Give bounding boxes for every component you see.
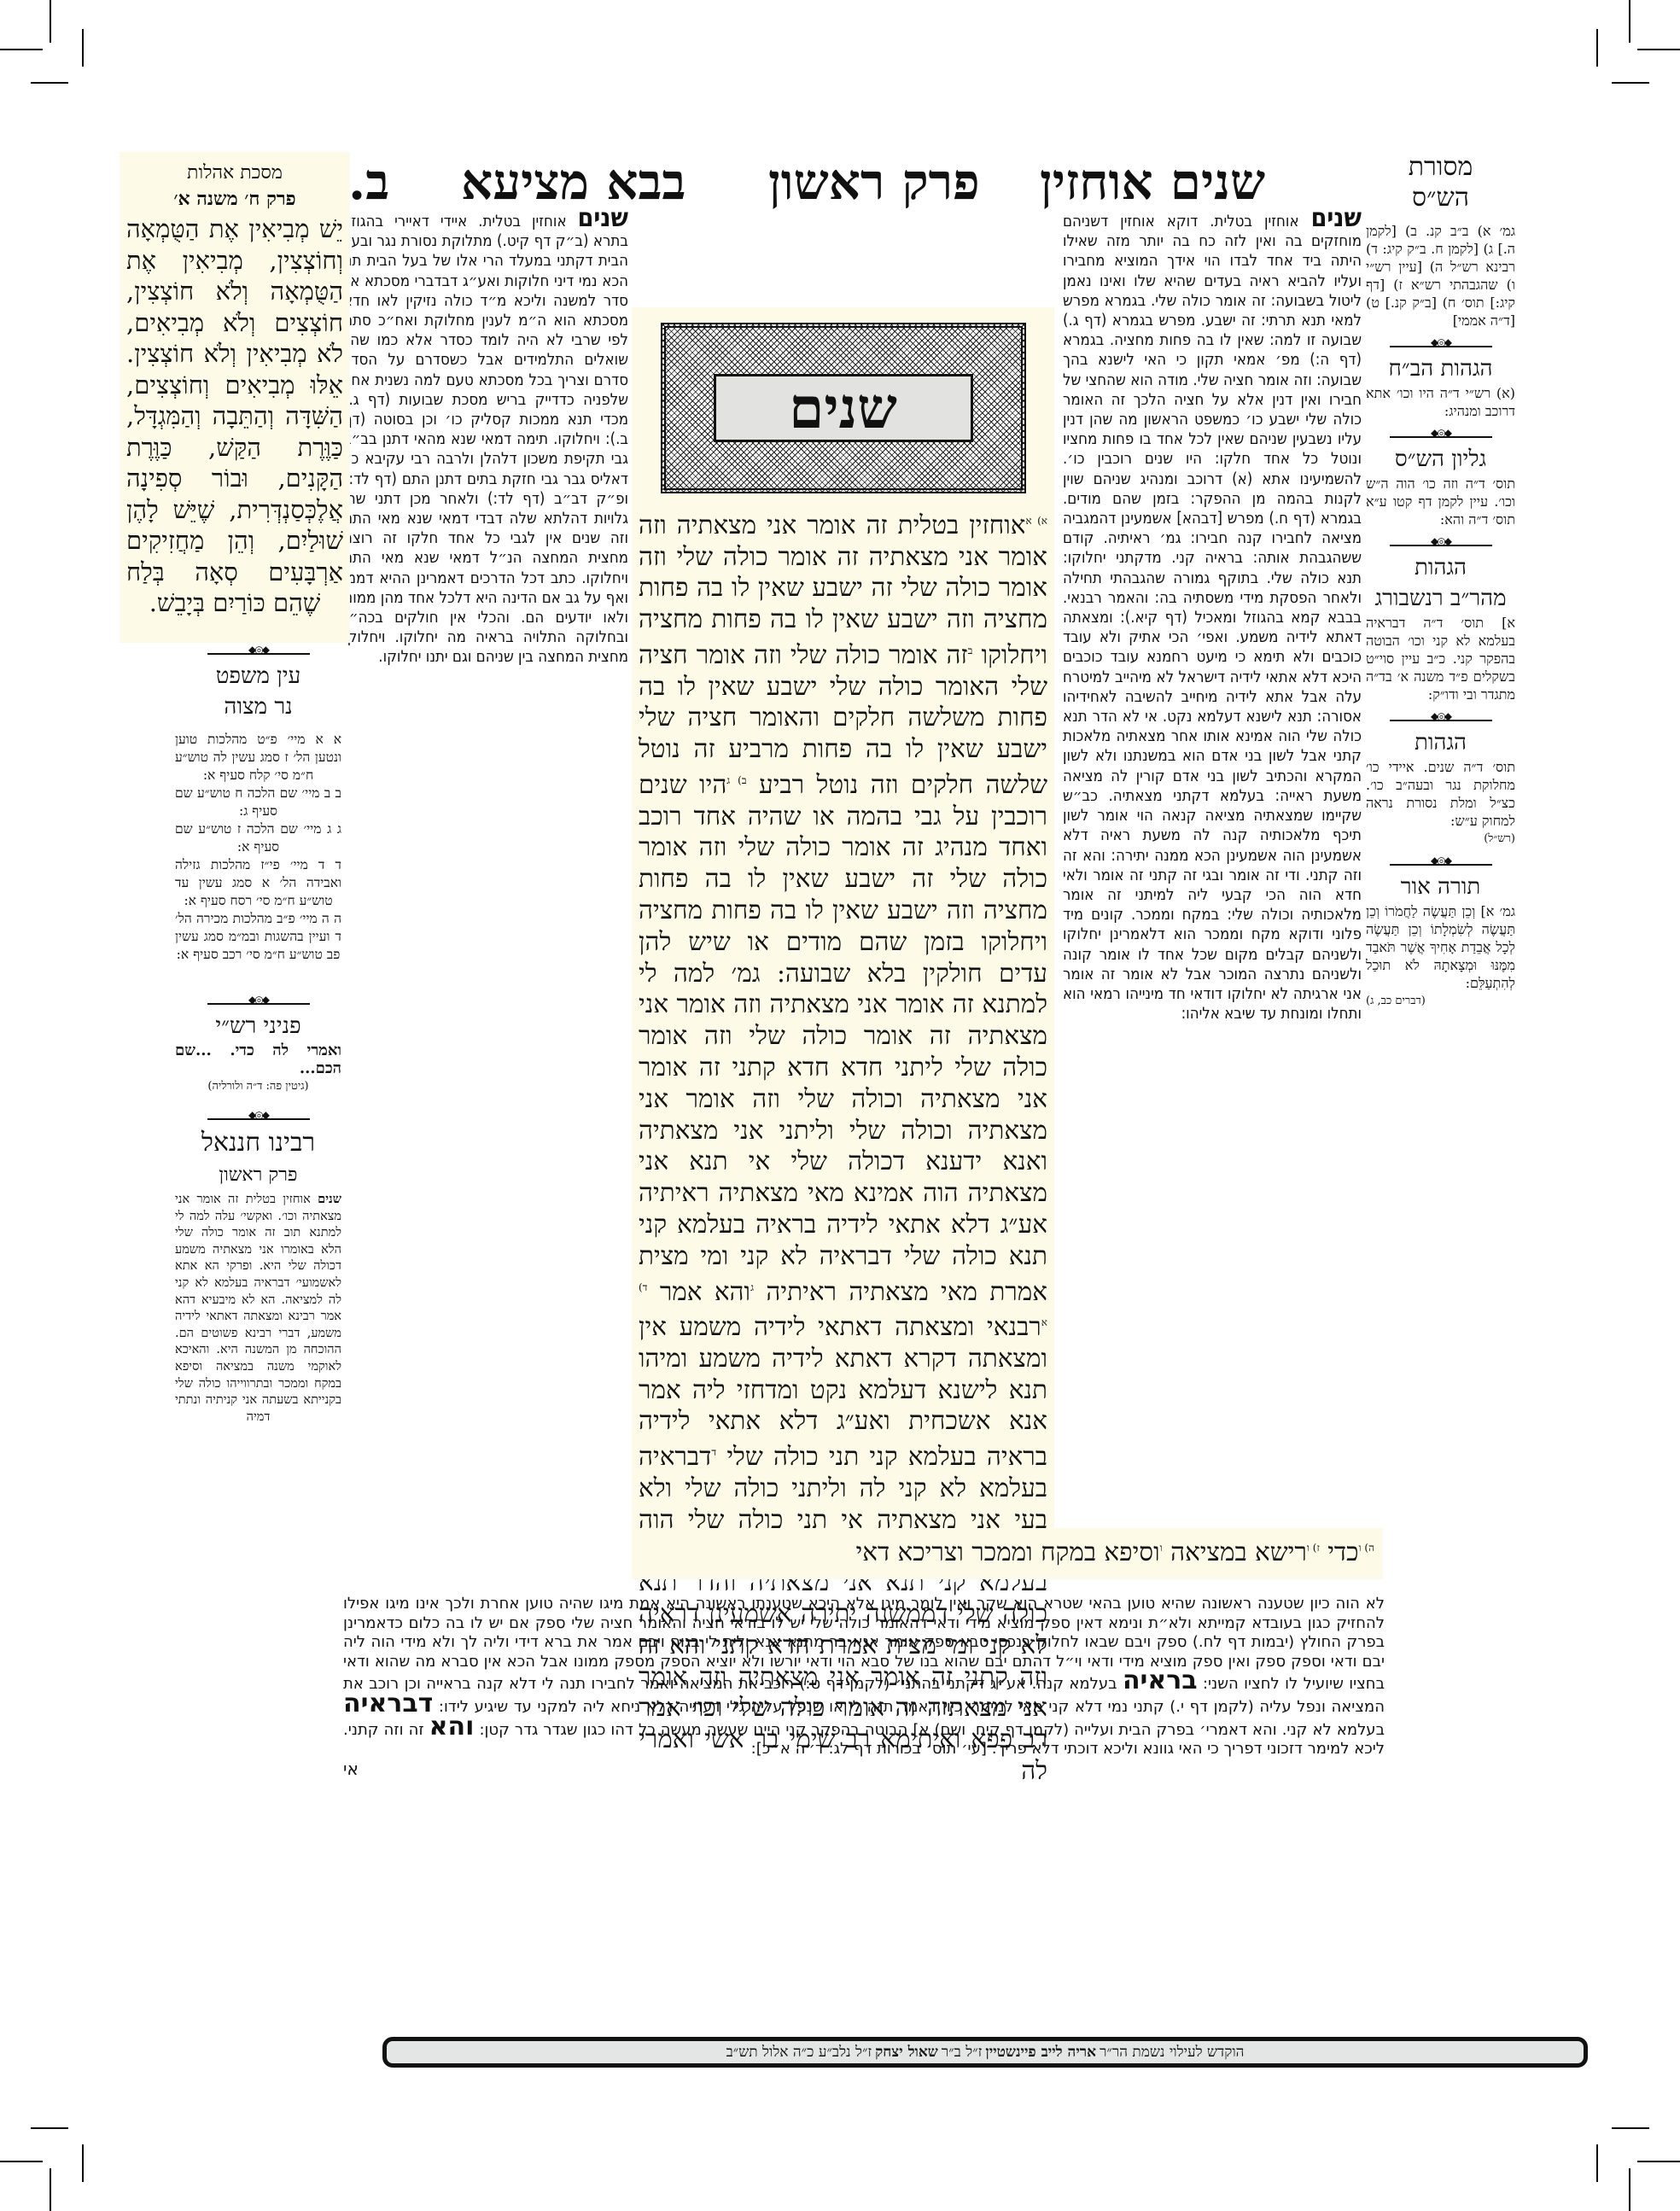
ein-mishpat-section: עין משפט נר מצוה א א מיי׳ פ״ט מהלכות טוע…	[175, 649, 341, 964]
mishna-location: פרק ח׳ משנה א׳	[126, 186, 343, 212]
ornament-divider	[1390, 860, 1492, 870]
dibur-hamatchil: והא	[429, 1712, 475, 1741]
pninei-rashi-title: פניני רש״י	[175, 1012, 341, 1040]
ornamental-title-frame: שנים	[661, 323, 1026, 493]
pninei-rashi-source: (גיטין פה: ד״ה ולורליה)	[175, 1077, 341, 1095]
ornament-divider	[1390, 540, 1492, 551]
masoret-title: מסורת הש״ס	[1394, 152, 1488, 213]
ornament-divider	[1390, 341, 1492, 352]
ornament-divider	[207, 1114, 310, 1124]
tosafot-commentary: שנים אוחזין בטלית. איידי דאיירי בהגוזל ב…	[343, 208, 628, 1523]
footnote-marker: ב	[968, 645, 973, 656]
rashi-lead-word: שנים	[1311, 208, 1362, 233]
maharav-title: הגהות	[1366, 554, 1515, 581]
hagahot-source: (רש״ל)	[1366, 830, 1515, 848]
chapter-number: פרק ראשון	[768, 152, 980, 212]
gilyon-text: תוס׳ ד״ה וזה כו׳ הוה ה״ש וכו׳. עיין לקמן…	[1366, 475, 1515, 528]
footnote-marker: ד	[711, 1446, 716, 1458]
dedication-middle: ז״ל ב״ר	[942, 2044, 983, 2061]
crop-mark	[31, 2127, 68, 2129]
ein-mishpat-entry: ב ב מיי׳ שם הלכה ח טוש״ע שם סעיף ג:	[175, 785, 341, 820]
ein-mishpat-entry: ג ג מיי׳ שם הלכה ז טוש״ע שם סעיף א:	[175, 820, 341, 856]
hagahot-bach-text: (א) רש״י ד״ה היו וכו׳ אתא דרוכב ומנהיג:	[1366, 384, 1515, 420]
pninei-rashi-section: פניני רש״י ואמרי לה כדי. ...שם הכם... (ג…	[175, 999, 341, 1095]
crop-mark	[1596, 29, 1598, 67]
crop-mark	[82, 29, 84, 67]
dedication-name: אריה לייב פיינשטיין	[985, 2044, 1096, 2061]
bottom-commentary: לא הוה כיון שטענה ראשונה שהיא טוען בהאי …	[343, 1595, 1385, 1778]
mishna-text: יֵשׁ מְבִיאִין אֶת הַטֻּמְאָה וְחוֹצְצִי…	[126, 213, 343, 619]
ein-mishpat-entry: א א מיי׳ פ״ט מהלכות טוען ונטען הל׳ ז סמג…	[175, 731, 341, 785]
crop-mark	[50, 0, 51, 43]
crop-mark	[50, 2168, 51, 2211]
pninei-rashi-text: ואמרי לה כדי. ...שם הכם...	[175, 1041, 341, 1077]
crop-mark	[1629, 2168, 1630, 2211]
rashi-tail: לא הוה כיון שטענה ראשונה שהיא טוען בהאי …	[751, 1595, 1385, 1613]
gemara-text-block: שנים א) אאוחזין בטלית זה אומר אני מצאתיה…	[632, 307, 1054, 1528]
rashi-text: אוחזין בטלית. דוקא אוחזין דשניהם מוחזקים…	[1063, 213, 1362, 1023]
dibur-hamatchil: דבראיה	[343, 1689, 433, 1718]
dedication-suffix: ז״ל נלב״ע כ״ה אלול תש״ב	[726, 2044, 872, 2061]
hagahot-text: תוס׳ ד״ה שנים. איידי כו׳ מחלוקת נגר ובעה…	[1366, 758, 1515, 830]
commentary-text: אוחזין בטלית זה אומר אני מצאתיה וכו׳. וא…	[175, 1193, 341, 1424]
rashi-commentary: שנים אוחזין בטלית. דוקא אוחזין דשניהם מו…	[1063, 208, 1362, 1523]
maharav-text: א] תוס׳ ד״ה דבראיה בעלמא לא קני וכו׳ הבו…	[1366, 614, 1515, 703]
hagahot-title: הגהות	[1366, 729, 1515, 756]
crop-mark	[0, 2161, 43, 2162]
opening-word: שנים	[789, 380, 897, 436]
crop-mark	[1596, 2144, 1598, 2182]
rabbeinu-chananel-section: רבינו חננאל פרק ראשון שנים אוחזין בטלית …	[175, 1114, 341, 1426]
torah-or-source: (דברים כב, ג)	[1366, 992, 1515, 1010]
gemara-discussion: גמ׳ למה לי למתנא זה אומר אני מצאתיה וזה …	[639, 959, 1047, 1306]
maharav-title-2: מהר״ב רנשבורג	[1366, 585, 1515, 612]
rabbeinu-chananel-title: רבינו חננאל	[175, 1128, 341, 1158]
crop-mark	[0, 49, 43, 50]
dedication-father: שאול יצחק	[875, 2044, 938, 2061]
ornament-divider	[207, 999, 310, 1009]
crop-mark	[1637, 49, 1680, 50]
footnote-marker: ה) ו	[1359, 1542, 1374, 1554]
crop-mark	[1637, 2161, 1680, 2162]
tosafot-text: אוחזין בטלית. איידי דאיירי בהגוזל בתרא (…	[343, 213, 628, 666]
tractate-title: בבא מציעא	[461, 152, 685, 212]
crop-mark	[82, 2144, 84, 2182]
gemara-discussion: וסיפא במקח וממכר וצריכא דאי	[856, 1537, 1160, 1566]
gilyon-title: גליון הש״ס	[1366, 446, 1515, 473]
crop-mark	[31, 82, 68, 84]
chapter-name: שנים אוחזין	[1040, 152, 1265, 212]
ornament-divider	[1390, 432, 1492, 442]
footnote-marker: ו	[1160, 1542, 1163, 1554]
page-number: ב.	[348, 152, 389, 212]
crop-mark	[1612, 82, 1649, 84]
masoret-entries: גמ׳ א) ב״ב קנ. ב) [לקמן ה.] ג) [לקמן ח. …	[1366, 222, 1515, 330]
gemara-discussion: רישא במציאה	[1170, 1537, 1307, 1566]
mishna-tractate: מסכת אהלות	[126, 160, 343, 186]
ornament-divider	[1390, 715, 1492, 726]
gemara-discussion: כדי	[1327, 1537, 1358, 1566]
hagahot-bach-title: הגהות הב״ח	[1366, 355, 1515, 382]
footnote-marker: א) א	[1025, 515, 1047, 527]
dedication-prefix: הוקדש לעילוי נשמת הר״ר	[1100, 2044, 1244, 2061]
torah-or-text: גמ׳ א] וְכֵן תַּעֲשֶׂה לַחֲמֹרוֹ וְכֵן ת…	[1366, 902, 1515, 992]
mishna-text: היו שנים רוכבין על גבי בהמה או שהיה אחד …	[639, 770, 1047, 988]
rabbeinu-chananel-text: שנים אוחזין בטלית זה אומר אני מצאתיה וכו…	[175, 1191, 341, 1426]
gemara-discussion: והא אמר	[660, 1276, 750, 1305]
dibur-hamatchil: בראיה	[1123, 1666, 1198, 1695]
ein-mishpat-title: עין משפט	[175, 662, 341, 690]
mishna-yomit-box: מסכת אהלות פרק ח׳ משנה א׳ יֵשׁ מְבִיאִין…	[120, 152, 350, 643]
rabbeinu-chananel-subtitle: פרק ראשון	[175, 1162, 341, 1189]
gemara-continuation: ה) וכדי ז) ורישא במציאה ווסיפא במקח וממכ…	[632, 1528, 1383, 1579]
ner-mitzvah-title: נר מצוה	[175, 693, 341, 720]
tosafot-lead-word: שנים	[578, 208, 628, 233]
right-sidebar: מסורת הש״ס גמ׳ א) ב״ב קנ. ב) [לקמן ה.] ג…	[1366, 152, 1515, 1010]
dedication-banner: הוקדש לעילוי נשמת הר״ר אריה לייב פיינשטי…	[382, 2037, 1588, 2068]
torah-or-title: תורה אור	[1366, 873, 1515, 901]
crop-mark	[1629, 0, 1630, 43]
title-box: שנים	[714, 374, 973, 442]
ein-mishpat-entry: ה ה מיי׳ פ״ב מהלכות מכירה הל׳ ד ועיין בה…	[175, 910, 341, 964]
crop-mark	[1612, 2127, 1649, 2129]
catchword: אי	[343, 1759, 1385, 1779]
footnote-marker: ג	[750, 1281, 754, 1293]
footnote-marker: ז) ו	[1307, 1542, 1320, 1554]
ornament-divider	[207, 649, 310, 659]
ein-mishpat-entry: ד ד מיי׳ פי״ז מהלכות גזילה ואבידה הל׳ א …	[175, 856, 341, 910]
tosafot-text: בעלמא לא קני. והא דאמרי׳ בפרק הבית ועליי…	[479, 1721, 1385, 1739]
lead-word: שנים	[318, 1192, 341, 1206]
footnote-marker: ב) ג	[726, 774, 746, 786]
